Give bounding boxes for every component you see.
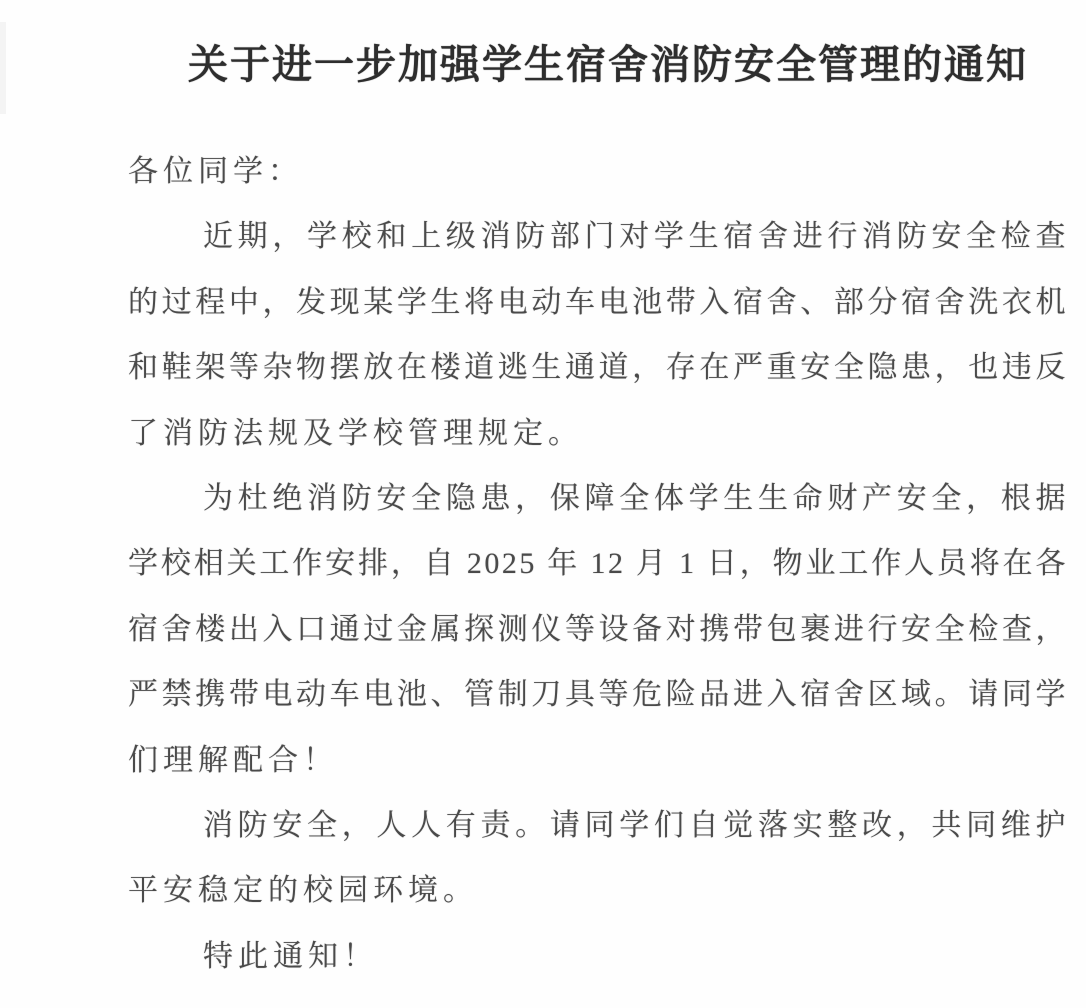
text-line: 近期，学校和上级消防部门对学生宿舍进行消防安全检查 — [128, 204, 1068, 269]
closing-line: 特此通知！ — [128, 924, 1068, 989]
text-line: 宿舍楼出入口通过金属探测仪等设备对携带包裹进行安全检查， — [128, 597, 1068, 662]
text-line: 学校相关工作安排，自 2025 年 12 月 1 日，物业工作人员将在各 — [128, 531, 1068, 596]
scan-edge-artifact — [0, 22, 6, 114]
document-title: 关于进一步加强学生宿舍消防安全管理的通知 — [128, 38, 1068, 92]
text-line: 平安稳定的校园环境。 — [128, 858, 1068, 923]
document-body: 各位同学： 近期，学校和上级消防部门对学生宿舍进行消防安全检查 的过程中，发现某… — [128, 139, 1068, 989]
notice-document: 关于进一步加强学生宿舍消防安全管理的通知 各位同学： 近期，学校和上级消防部门对… — [0, 0, 1086, 1008]
salutation-line: 各位同学： — [128, 139, 1068, 204]
text-line: 为杜绝消防安全隐患，保障全体学生生命财产安全，根据 — [128, 466, 1068, 531]
text-line: 们理解配合！ — [128, 728, 1068, 793]
text-line: 消防安全，人人有责。请同学们自觉落实整改，共同维护 — [128, 793, 1068, 858]
text-line: 了消防法规及学校管理规定。 — [128, 401, 1068, 466]
text-line: 的过程中，发现某学生将电动车电池带入宿舍、部分宿舍洗衣机 — [128, 270, 1068, 335]
text-line: 和鞋架等杂物摆放在楼道逃生通道，存在严重安全隐患，也违反 — [128, 335, 1068, 400]
text-line: 严禁携带电动车电池、管制刀具等危险品进入宿舍区域。请同学 — [128, 662, 1068, 727]
